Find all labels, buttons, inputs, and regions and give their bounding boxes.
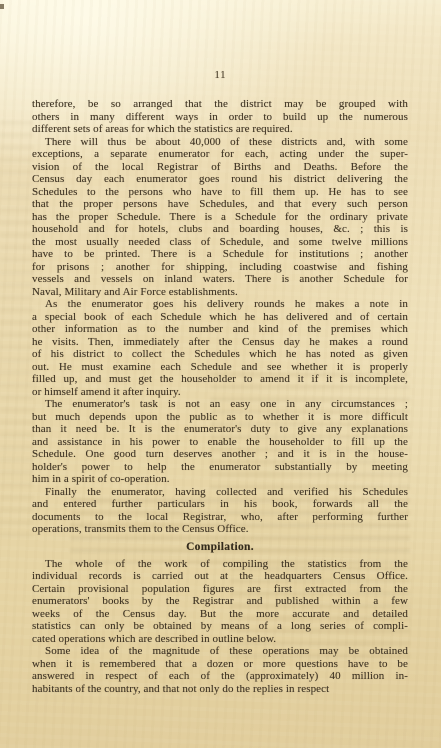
text-line: holder's power to help the enumerator su… bbox=[32, 461, 408, 474]
text-line: Schedules to the persons who have to fil… bbox=[32, 186, 408, 199]
text-line: than it need be. It is the enumerator's … bbox=[32, 423, 408, 436]
text-line: statistics can only be obtained by means… bbox=[32, 620, 408, 633]
showthrough-smudge bbox=[0, 120, 34, 540]
text-line: Certain provisional population figures a… bbox=[32, 583, 408, 596]
book-page: 11 therefore, be so arranged that the di… bbox=[0, 0, 441, 748]
text-line: Naval, Military and Air Force establishm… bbox=[32, 286, 408, 299]
text-line: him in a spirit of co-operation. bbox=[32, 473, 408, 486]
text-line: weeks of the Census day. But the more ac… bbox=[32, 608, 408, 621]
text-line: others in many different ways in order t… bbox=[32, 111, 408, 124]
text-line: vessels and vessels on inland waters. Th… bbox=[32, 273, 408, 286]
text-line: therefore, be so arranged that the distr… bbox=[32, 98, 408, 111]
text-line: out. He must examine each Schedule and s… bbox=[32, 361, 408, 374]
text-line: operations, transmits them to the Census… bbox=[32, 523, 408, 536]
text-line: of his district to collect the Schedules… bbox=[32, 348, 408, 361]
text-line: that the proper persons have Schedules, … bbox=[32, 198, 408, 211]
text-line: The whole of the work of compiling the s… bbox=[32, 558, 408, 571]
text-line: Schedule. One good turn deserves another… bbox=[32, 448, 408, 461]
text-line: household and for hotels, clubs and boar… bbox=[32, 223, 408, 236]
text-line: vision of the local Registrar of Births … bbox=[32, 161, 408, 174]
text-line: a special book of each Schedule which he… bbox=[32, 311, 408, 324]
text-line: habitants of the country, and that not o… bbox=[32, 683, 408, 696]
text-line: enumerators' books by the Registrar and … bbox=[32, 595, 408, 608]
text-line: exceptions, a separate enumerator for ea… bbox=[32, 148, 408, 161]
scan-edge-artifact bbox=[0, 4, 4, 9]
text-line: but much depends upon the public as to w… bbox=[32, 411, 408, 424]
text-line: when it is remembered that a dozen or mo… bbox=[32, 658, 408, 671]
text-line: for prisons ; another for shipping, incl… bbox=[32, 261, 408, 274]
text-line: As the enumerator goes his delivery roun… bbox=[32, 298, 408, 311]
text-line: and assistance in his power to enable th… bbox=[32, 436, 408, 449]
text-line: he visits. Then, immediately after the C… bbox=[32, 336, 408, 349]
text-line: filled up, and must get the householder … bbox=[32, 373, 408, 386]
text-line: answered in respect of each of the (appr… bbox=[32, 670, 408, 683]
text-line: cated operations which are described in … bbox=[32, 633, 408, 646]
page-number: 11 bbox=[0, 70, 441, 81]
page-text-block: therefore, be so arranged that the distr… bbox=[32, 98, 408, 695]
text-line: There will thus be about 40,000 of these… bbox=[32, 136, 408, 149]
text-line: have to be printed. There is a Schedule … bbox=[32, 248, 408, 261]
text-line: different sets of areas for which the st… bbox=[32, 123, 408, 136]
text-line: The enumerator's task is not an easy one… bbox=[32, 398, 408, 411]
text-line: or himself amend it after inquiry. bbox=[32, 386, 408, 399]
text-line: Finally the enumerator, having collected… bbox=[32, 486, 408, 499]
text-line: documents to the local Registrar, who, a… bbox=[32, 511, 408, 524]
text-line: individual records is carried out at the… bbox=[32, 570, 408, 583]
section-heading: Compilation. bbox=[32, 541, 408, 554]
text-line: the most usually needed class of Schedul… bbox=[32, 236, 408, 249]
text-line: has the proper Schedule. There is a Sche… bbox=[32, 211, 408, 224]
text-line: other information as to the number and k… bbox=[32, 323, 408, 336]
text-line: Some idea of the magnitude of these oper… bbox=[32, 645, 408, 658]
text-line: and entered further particulars in his b… bbox=[32, 498, 408, 511]
text-line: Census day each enumerator goes round hi… bbox=[32, 173, 408, 186]
